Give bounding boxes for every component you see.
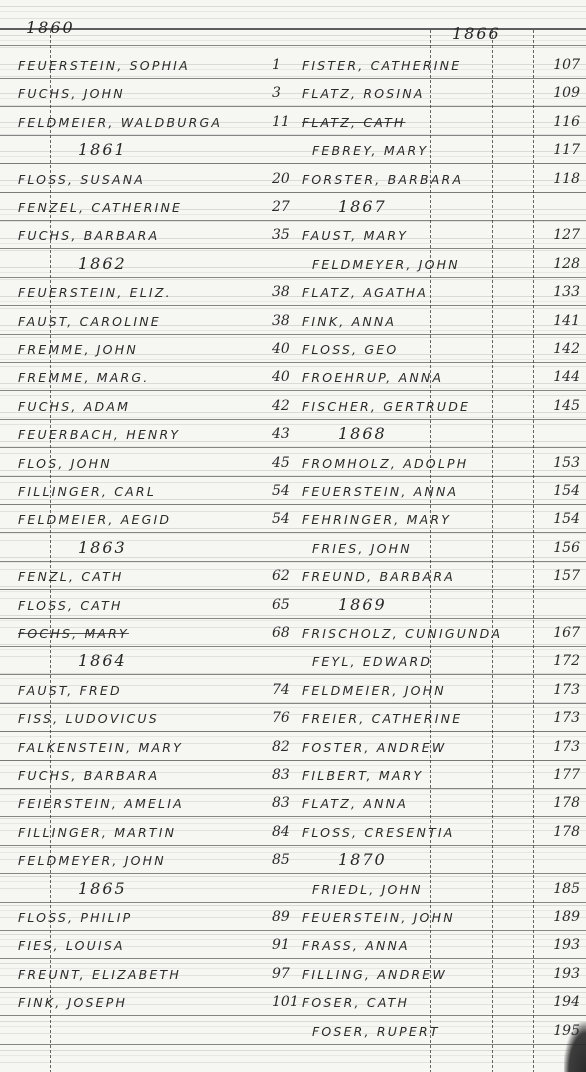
left-header-year: 1860 <box>26 18 75 37</box>
row-rule <box>0 589 586 590</box>
left-year-heading: 1865 <box>78 879 127 898</box>
right-entry-page: 193 <box>536 966 580 982</box>
right-entry-name: Forster, Barbara <box>302 172 463 187</box>
row-rule <box>0 476 586 477</box>
right-entry-page: 193 <box>536 937 580 953</box>
row-rule <box>0 816 586 817</box>
right-year-heading: 1867 <box>338 197 387 216</box>
row-rule <box>0 873 586 874</box>
left-entry-name: Fiss, Ludovicus <box>18 711 159 726</box>
right-entry-name: Frischolz, Cunigunda <box>302 626 502 641</box>
right-entry-name: Feyl, Edward <box>312 654 432 669</box>
left-entry-name: Floss, Cath <box>18 598 123 613</box>
right-entry-page: 154 <box>536 511 580 527</box>
right-entry-page: 154 <box>536 483 580 499</box>
row-rule <box>0 958 586 959</box>
left-entry-name: Fochs, Mary <box>18 626 129 641</box>
row-rule <box>0 987 586 988</box>
right-header-year: 1866 <box>452 24 501 43</box>
left-entry-number: 68 <box>272 625 290 641</box>
right-entry-name: Floss, Cresentia <box>302 825 455 840</box>
right-year-heading: 1870 <box>338 850 387 869</box>
right-entry-name: Freier, Catherine <box>302 711 462 726</box>
left-entry-name: Fuchs, John <box>18 86 125 101</box>
left-entry-name: Fremme, John <box>18 342 138 357</box>
right-entry-name: Flatz, Agatha <box>302 285 428 300</box>
left-entry-number: 45 <box>272 455 290 471</box>
left-entry-name: Feldmeier, Waldburga <box>18 115 222 130</box>
ledger-page: 1860 1866 Feuerstein, Sophia1Fister, Cat… <box>0 0 586 1072</box>
right-entry-page: 173 <box>536 739 580 755</box>
left-entry-number: 76 <box>272 710 290 726</box>
left-entry-name: Faust, Fred <box>18 683 122 698</box>
left-entry-name: Feierstein, Amelia <box>18 796 184 811</box>
row-rule <box>0 504 586 505</box>
left-entry-number: 42 <box>272 398 290 414</box>
right-entry-name: Fister, Catherine <box>302 58 461 73</box>
left-entry-number: 84 <box>272 824 290 840</box>
right-entry-page: 127 <box>536 227 580 243</box>
right-entry-name: Friedl, John <box>312 882 423 897</box>
row-rule <box>0 192 586 193</box>
right-entry-page: 189 <box>536 909 580 925</box>
left-entry-name: Fink, Joseph <box>18 995 127 1010</box>
row-rule <box>0 390 586 391</box>
row-rule <box>0 447 586 448</box>
right-entry-name: Feldmeyer, John <box>312 257 460 272</box>
left-entry-name: Freunt, Elizabeth <box>18 967 181 982</box>
right-entry-page: 142 <box>536 341 580 357</box>
left-entry-name: Fillinger, Carl <box>18 484 156 499</box>
header-rule-2 <box>0 45 586 46</box>
left-year-heading: 1861 <box>78 140 127 159</box>
right-entry-page: 133 <box>536 284 580 300</box>
right-entry-page: 156 <box>536 540 580 556</box>
left-entry-name: Feldmeier, Aegid <box>18 512 171 527</box>
row-rule <box>0 78 586 79</box>
right-entry-name: Feldmeier, John <box>302 683 446 698</box>
left-entry-number: 20 <box>272 171 290 187</box>
left-entry-name: Fuchs, Barbara <box>18 228 159 243</box>
row-rule <box>0 248 586 249</box>
row-rule <box>0 902 586 903</box>
row-rule <box>0 362 586 363</box>
right-entry-name: Foster, Andrew <box>302 740 446 755</box>
right-entry-page: 194 <box>536 994 580 1010</box>
left-entry-name: Fenzl, Cath <box>18 569 124 584</box>
left-entry-name: Falkenstein, Mary <box>18 740 183 755</box>
row-rule <box>0 618 586 619</box>
right-entry-page: 128 <box>536 256 580 272</box>
row-rule <box>0 1044 586 1045</box>
right-entry-page: 177 <box>536 767 580 783</box>
right-entry-name: Flatz, Rosina <box>302 86 425 101</box>
row-rule <box>0 334 586 335</box>
right-entry-name: Frass, Anna <box>302 938 410 953</box>
right-entry-name: Fromholz, Adolph <box>302 456 468 471</box>
right-entry-page: 172 <box>536 653 580 669</box>
row-rule <box>0 930 586 931</box>
row-rule <box>0 646 586 647</box>
left-entry-name: Feuerstein, Eliz. <box>18 285 172 300</box>
left-entry-number: 85 <box>272 852 290 868</box>
left-year-heading: 1863 <box>78 538 127 557</box>
right-entry-page: 117 <box>536 142 580 158</box>
right-entry-name: Febrey, Mary <box>312 143 428 158</box>
right-entry-page: 185 <box>536 881 580 897</box>
left-entry-name: Floss, Philip <box>18 910 132 925</box>
column-divider-3 <box>533 30 534 1072</box>
right-year-heading: 1868 <box>338 424 387 443</box>
right-entry-page: 144 <box>536 369 580 385</box>
right-entry-name: Flatz, Anna <box>302 796 408 811</box>
left-year-heading: 1864 <box>78 651 127 670</box>
right-year-heading: 1869 <box>338 595 387 614</box>
left-entry-number: 11 <box>272 114 290 130</box>
right-entry-name: Fries, John <box>312 541 412 556</box>
left-entry-name: Faust, Caroline <box>18 314 161 329</box>
left-entry-number: 3 <box>272 85 281 101</box>
row-rule <box>0 277 586 278</box>
left-entry-name: Fies, Louisa <box>18 938 125 953</box>
row-rule <box>0 760 586 761</box>
row-rule <box>0 106 586 107</box>
right-entry-name: Filling, Andrew <box>302 967 447 982</box>
left-entry-number: 65 <box>272 597 290 613</box>
left-entry-number: 1 <box>272 57 281 73</box>
right-entry-page: 195 <box>536 1023 580 1039</box>
right-entry-name: Feuerstein, John <box>302 910 455 925</box>
right-entry-page: 173 <box>536 710 580 726</box>
row-rule <box>0 163 586 164</box>
right-entry-name: Fischer, Gertrude <box>302 399 470 414</box>
right-entry-page: 178 <box>536 824 580 840</box>
right-entry-page: 173 <box>536 682 580 698</box>
right-entry-name: Feuerstein, Anna <box>302 484 458 499</box>
right-entry-page: 109 <box>536 85 580 101</box>
right-entry-name: Fink, Anna <box>302 314 396 329</box>
left-entry-number: 97 <box>272 966 290 982</box>
right-entry-name: Flatz, Cath <box>302 115 406 130</box>
right-entry-page: 167 <box>536 625 580 641</box>
left-entry-name: Fremme, Marg. <box>18 370 149 385</box>
row-rule <box>0 731 586 732</box>
left-entry-name: Floss, Susana <box>18 172 145 187</box>
right-entry-page: 178 <box>536 795 580 811</box>
right-entry-page: 153 <box>536 455 580 471</box>
left-entry-number: 101 <box>272 994 299 1010</box>
row-rule <box>0 305 586 306</box>
row-rule <box>0 220 586 221</box>
left-entry-number: 35 <box>272 227 290 243</box>
right-entry-page: 141 <box>536 313 580 329</box>
left-entry-number: 40 <box>272 341 290 357</box>
left-entry-name: Feuerstein, Sophia <box>18 58 190 73</box>
right-entry-page: 118 <box>536 171 580 187</box>
left-entry-number: 62 <box>272 568 290 584</box>
right-entry-page: 107 <box>536 57 580 73</box>
left-entry-number: 89 <box>272 909 290 925</box>
left-entry-number: 54 <box>272 483 290 499</box>
left-entry-number: 83 <box>272 767 290 783</box>
left-entry-name: Feldmeyer, John <box>18 853 166 868</box>
left-entry-number: 43 <box>272 426 290 442</box>
right-entry-page: 145 <box>536 398 580 414</box>
left-entry-name: Fillinger, Martin <box>18 825 176 840</box>
column-divider-2 <box>492 30 493 1072</box>
left-entry-number: 54 <box>272 511 290 527</box>
left-entry-name: Flos, John <box>18 456 112 471</box>
right-entry-name: Faust, Mary <box>302 228 408 243</box>
left-entry-number: 83 <box>272 795 290 811</box>
left-entry-number: 74 <box>272 682 290 698</box>
row-rule <box>0 532 586 533</box>
row-rule <box>0 845 586 846</box>
left-entry-name: Fuchs, Barbara <box>18 768 159 783</box>
row-rule <box>0 561 586 562</box>
row-rule <box>0 135 586 136</box>
left-entry-name: Fuchs, Adam <box>18 399 130 414</box>
right-entry-name: Foser, Cath <box>302 995 409 1010</box>
right-entry-name: Froehrup, Anna <box>302 370 443 385</box>
left-entry-name: Feuerbach, Henry <box>18 427 180 442</box>
right-entry-name: Floss, Geo <box>302 342 398 357</box>
left-year-heading: 1862 <box>78 254 127 273</box>
left-entry-number: 27 <box>272 199 290 215</box>
right-entry-page: 116 <box>536 114 580 130</box>
left-entry-number: 38 <box>272 284 290 300</box>
row-rule <box>0 703 586 704</box>
row-rule <box>0 419 586 420</box>
right-entry-name: Filbert, Mary <box>302 768 423 783</box>
right-entry-name: Foser, Rupert <box>312 1024 440 1039</box>
row-rule <box>0 1015 586 1016</box>
left-entry-number: 38 <box>272 313 290 329</box>
right-entry-name: Fehringer, Mary <box>302 512 451 527</box>
right-entry-name: Freund, Barbara <box>302 569 455 584</box>
left-entry-number: 82 <box>272 739 290 755</box>
right-entry-page: 157 <box>536 568 580 584</box>
row-rule <box>0 788 586 789</box>
left-entry-number: 40 <box>272 369 290 385</box>
row-rule <box>0 674 586 675</box>
left-entry-name: Fenzel, Catherine <box>18 200 182 215</box>
left-entry-number: 91 <box>272 937 290 953</box>
